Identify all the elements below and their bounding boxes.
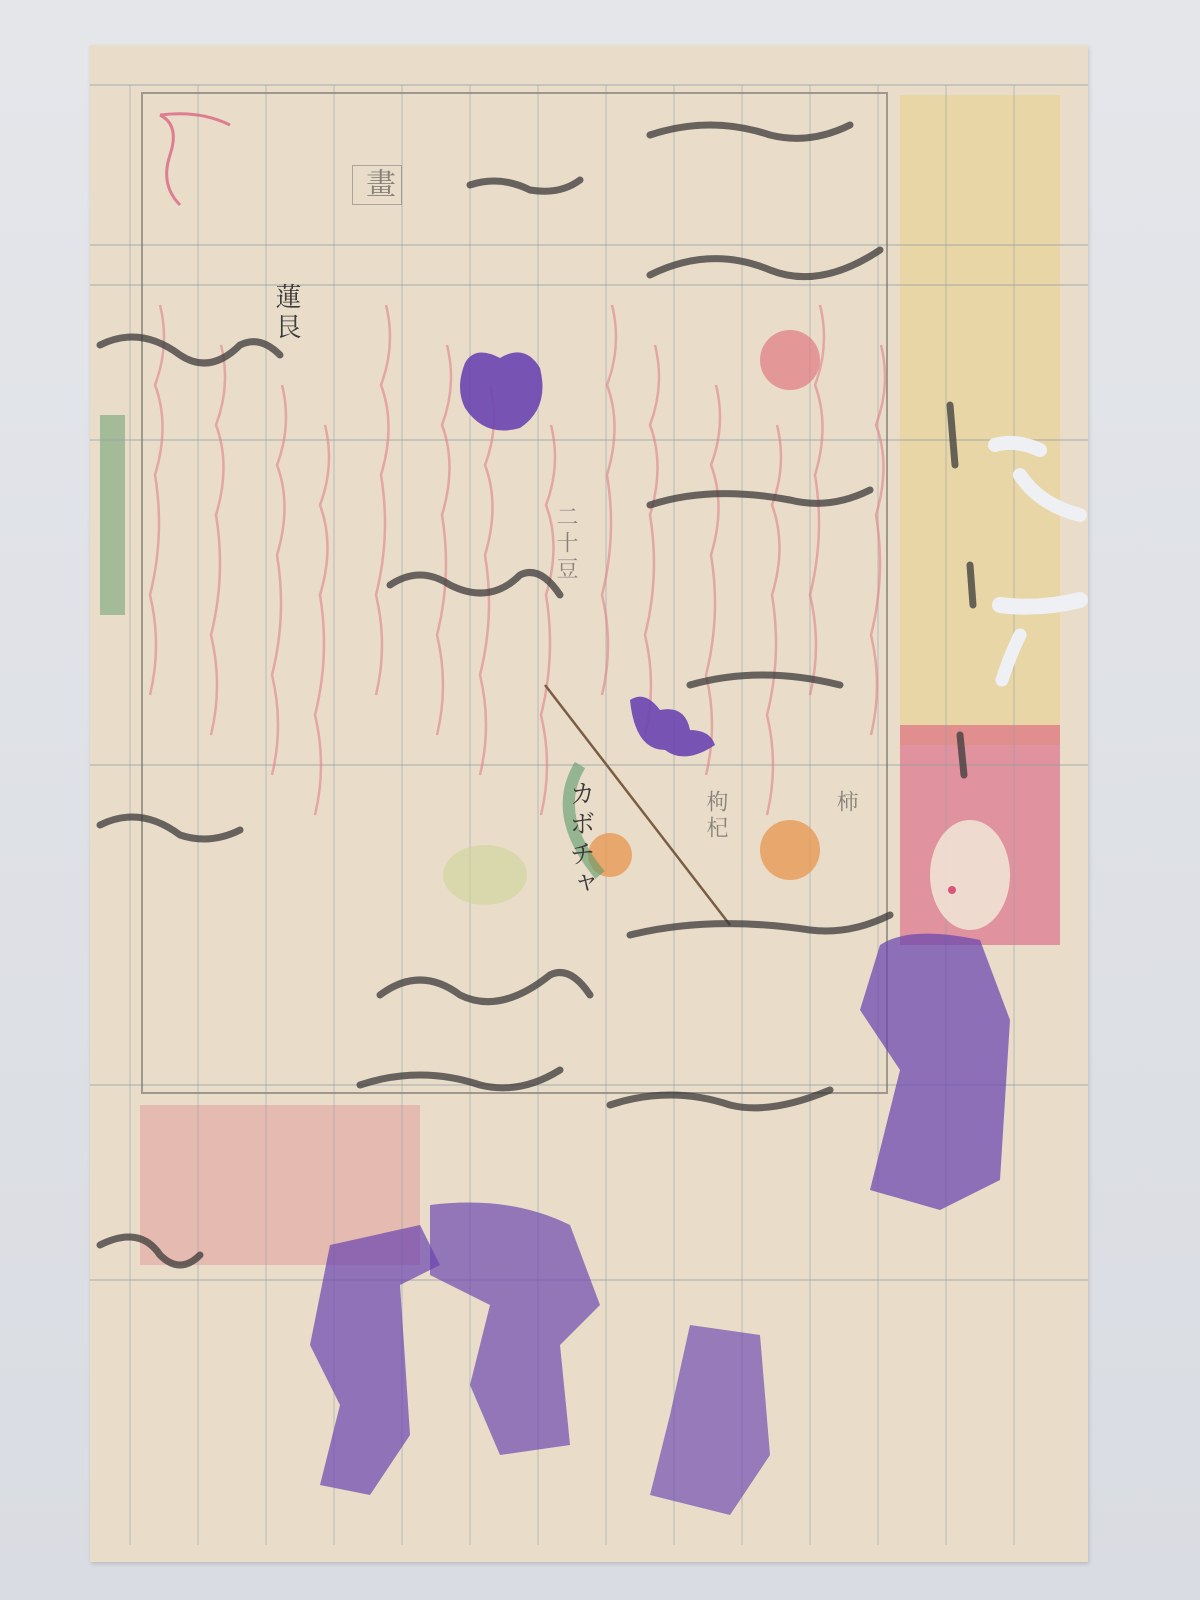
label-title-box: 畫 [352,165,402,205]
paper-sheet: 蓮艮 カボチャ 枸杞 柿 二十豆 畫 [90,45,1088,1562]
label-column: 二十豆 [550,505,581,583]
label-renkon: 蓮艮 [268,283,305,343]
label-kabocha: カボチャ [562,780,599,900]
label-kaki: 柿 [830,790,861,816]
label-kuko: 枸杞 [700,790,731,842]
